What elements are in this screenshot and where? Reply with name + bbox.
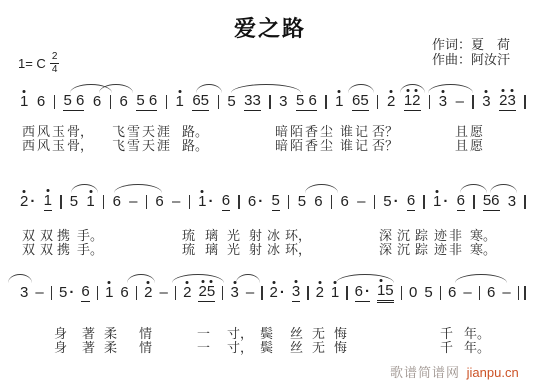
notation-system-3: 3–5·6162–2253–2·3216·15056–6– 身著柔情一寸，鬓丝无… (0, 274, 540, 354)
barline (103, 195, 104, 209)
note-token: 5 (424, 285, 432, 301)
lyric-syllable: 寸， (227, 337, 253, 356)
watermark: 歌谱简谱网 jianpu.cn (390, 362, 519, 381)
barline (374, 195, 375, 209)
note-token: 2 (183, 285, 191, 301)
barline (524, 195, 525, 209)
note-token: 2 (387, 94, 395, 110)
barline (238, 195, 239, 209)
barline (377, 95, 378, 109)
lyric-syllable: 双 (40, 239, 53, 258)
note-token: 2 (144, 285, 152, 301)
note-token: 6 (314, 194, 322, 210)
barline (479, 286, 480, 300)
note-token: 6 (340, 194, 348, 210)
barline (261, 286, 262, 300)
note-token: 6 (448, 285, 456, 301)
lyrics-verse-2: 双双携手。琉璃光射冰环，深沉踪迹非寒。 (0, 239, 540, 254)
lyric-syllable: 飞 (112, 135, 125, 154)
lyrics-verse-2: 身著柔情一寸，鬓丝无悔千年。 (0, 337, 540, 352)
barline (54, 95, 55, 109)
lyric-syllable: 著 (82, 337, 95, 356)
note-token: – (172, 194, 180, 210)
lyric-syllable: 否？ (372, 135, 398, 154)
notes-row: 3–5·6162–2253–2·3216·15056–6– (20, 283, 526, 303)
barline (325, 95, 326, 109)
lyric-syllable: 尘 (320, 135, 333, 154)
barline (136, 286, 137, 300)
lyric-syllable: 非 (449, 239, 462, 258)
lyrics-verse-1: 身著柔情一寸，鬓丝无悔千年。 (0, 323, 540, 338)
watermark-site-name: 歌谱简谱网 (390, 365, 460, 380)
note-token: 0 (409, 285, 417, 301)
note-token: 3 (482, 94, 490, 110)
note-token: 6 (457, 193, 465, 211)
barline (307, 286, 308, 300)
barline (189, 195, 190, 209)
note-token: 33 (244, 93, 261, 111)
slur-arc (172, 274, 224, 283)
barline (346, 286, 347, 300)
notes-row: 165 6665 616553335 61652123–323 (20, 92, 526, 112)
lyric-syllable: 琉 (182, 239, 195, 258)
note-token: 6 (222, 193, 230, 211)
lyric-syllable: 情 (139, 337, 152, 356)
barline (166, 95, 167, 109)
barline (472, 95, 473, 109)
note-token: 1· (198, 194, 213, 210)
barline (524, 95, 525, 109)
lyric-syllable: 天 (142, 135, 155, 154)
lyric-syllable: 西 (22, 135, 35, 154)
note-token: 1· (433, 194, 448, 210)
barline (288, 195, 289, 209)
lyric-syllable: 寒。 (470, 239, 496, 258)
barline (51, 286, 52, 300)
slur-arc (455, 274, 507, 283)
lyric-syllable: 涯 (157, 135, 170, 154)
note-token: 12 (404, 93, 421, 111)
note-token: 1 (105, 285, 113, 301)
lyric-syllable: 璃 (205, 239, 218, 258)
lyric-syllable: 射 (249, 239, 262, 258)
lyrics-verse-2: 西风玉骨，飞雪天涯路。暗陌香尘谁记否？且愿 (0, 135, 540, 150)
note-token: 5 6 (63, 93, 84, 111)
note-token: 6 (37, 94, 45, 110)
note-token: 6 (81, 284, 89, 302)
slur-arc (8, 274, 32, 283)
note-token: – (246, 285, 254, 301)
note-token: 15 (377, 283, 394, 303)
lyric-syllable: 柔 (104, 337, 117, 356)
note-token: 2 (316, 285, 324, 301)
lyric-syllable: 愿 (470, 135, 483, 154)
note-token: – (502, 285, 510, 301)
note-token: 3 (231, 285, 239, 301)
barline (269, 95, 270, 109)
barline (218, 95, 219, 109)
note-token: – (35, 285, 43, 301)
time-signature-denominator: 4 (52, 64, 58, 75)
notation-system-2: 2·1516–6–1·66·5566–5·61·6563 双双携手。琉璃光射冰环… (0, 184, 540, 256)
note-token: 6 (120, 285, 128, 301)
time-signature: 2 4 (50, 52, 60, 75)
note-token: 56 (483, 193, 500, 211)
note-token: 3 (508, 194, 516, 210)
note-token: 5 (227, 94, 235, 110)
lyric-syllable: 光 (227, 239, 240, 258)
note-token: 3 (292, 284, 300, 302)
notes-row: 2·1516–6–1·66·5566–5·61·6563 (20, 192, 526, 212)
note-token: – (129, 194, 137, 210)
note-token: 6 (113, 194, 121, 210)
barline (110, 95, 111, 109)
barline (146, 195, 147, 209)
note-token: 6· (355, 284, 370, 302)
lyric-syllable: 年。 (464, 337, 490, 356)
lyric-syllable: 鬓 (260, 337, 273, 356)
lyric-syllable: 路。 (182, 135, 208, 154)
note-token: 5 6 (136, 93, 157, 111)
lyric-syllable: 千 (440, 337, 453, 356)
key-time-signature: 1= C 2 4 (18, 52, 59, 75)
lyrics-verse-1: 西风玉骨，飞雪天涯路。暗陌香尘谁记否？且愿 (0, 121, 540, 136)
note-token: – (357, 194, 365, 210)
note-token: 5 (298, 194, 306, 210)
note-token: 1 (335, 94, 343, 110)
barline (429, 95, 430, 109)
note-token: 65 (192, 93, 209, 111)
note-token: – (159, 285, 167, 301)
lyrics-verse-1: 双双携手。琉璃光射冰环，深沉踪迹非寒。 (0, 225, 540, 240)
note-token: 6 (155, 194, 163, 210)
note-token: 2· (20, 194, 35, 210)
note-token: 2· (270, 285, 285, 301)
lyric-syllable: 玉 (52, 135, 65, 154)
lyric-syllable: 冰 (267, 239, 280, 258)
note-token: 3 (439, 94, 447, 110)
lyric-syllable: 丝 (290, 337, 303, 356)
note-token: 23 (499, 93, 516, 111)
lyric-syllable: 深 (379, 239, 392, 258)
note-token: 5· (383, 194, 398, 210)
note-token: – (463, 285, 471, 301)
lyric-syllable: 且 (455, 135, 468, 154)
note-token: 1 (331, 285, 339, 301)
barline (222, 286, 223, 300)
lyric-syllable: 沉 (397, 239, 410, 258)
note-token: 6 (487, 285, 495, 301)
slur-arc (236, 274, 260, 283)
lyric-syllable: 迹 (434, 239, 447, 258)
note-token: 25 (198, 284, 215, 302)
lyric-syllable: 携 (57, 239, 70, 258)
lyric-syllable: 身 (54, 337, 67, 356)
slur-arc (127, 274, 155, 283)
lyric-syllable: 无 (312, 337, 325, 356)
slur-arcs-layer (0, 274, 540, 283)
barline (473, 195, 474, 209)
barline (60, 195, 61, 209)
note-token: 5 (70, 194, 78, 210)
note-token: 1 (175, 94, 183, 110)
lyric-syllable: 双 (22, 239, 35, 258)
lyric-syllable: 踪 (415, 239, 428, 258)
barline (440, 286, 441, 300)
note-token: 3 (20, 285, 28, 301)
barline (401, 286, 402, 300)
lyric-syllable: 骨， (67, 135, 93, 154)
lyric-syllable: 悔 (334, 337, 347, 356)
sheet-music-page: 爱之路 1= C 2 4 作词：夏 荷 作曲：阿汝汗 165 6665 6165… (0, 0, 540, 388)
final-barline (518, 286, 526, 300)
lyric-syllable: 雪 (127, 135, 140, 154)
note-token: 6 (407, 193, 415, 211)
note-token: 3 (279, 94, 287, 110)
lyric-syllable: 记 (355, 135, 368, 154)
barline (97, 286, 98, 300)
barline (175, 286, 176, 300)
composer-credit: 作曲：阿汝汗 (432, 52, 510, 67)
note-token: 6· (248, 194, 263, 210)
lyric-syllable: 暗 (275, 135, 288, 154)
barline (331, 195, 332, 209)
key-signature-text: 1= C (18, 56, 46, 71)
lyric-syllable: 谁 (340, 135, 353, 154)
note-token: 1 (86, 194, 94, 210)
note-token: 65 (352, 93, 369, 111)
credits: 作词：夏 荷 作曲：阿汝汗 (432, 37, 510, 67)
lyric-syllable: 环， (285, 239, 311, 258)
lyric-syllable: 一 (197, 337, 210, 356)
notation-system-1: 165 6665 616553335 61652123–323 西风玉骨，飞雪天… (0, 84, 540, 154)
time-signature-numerator: 2 (50, 52, 60, 64)
lyric-syllable: 陌 (290, 135, 303, 154)
note-token: – (456, 94, 464, 110)
note-token: 1 (20, 94, 28, 110)
lyric-syllable: 风 (37, 135, 50, 154)
note-token: 5· (59, 285, 74, 301)
note-token: 6 (119, 94, 127, 110)
note-token: 1 (44, 193, 52, 211)
lyricist-credit: 作词：夏 荷 (432, 37, 510, 52)
watermark-site-url[interactable]: jianpu.cn (467, 365, 519, 380)
note-token: 5 (272, 193, 280, 211)
note-token: 5 6 (296, 93, 317, 111)
lyric-syllable: 手。 (77, 239, 103, 258)
barline (423, 195, 424, 209)
note-token: 6 (93, 94, 101, 110)
lyric-syllable: 香 (305, 135, 318, 154)
